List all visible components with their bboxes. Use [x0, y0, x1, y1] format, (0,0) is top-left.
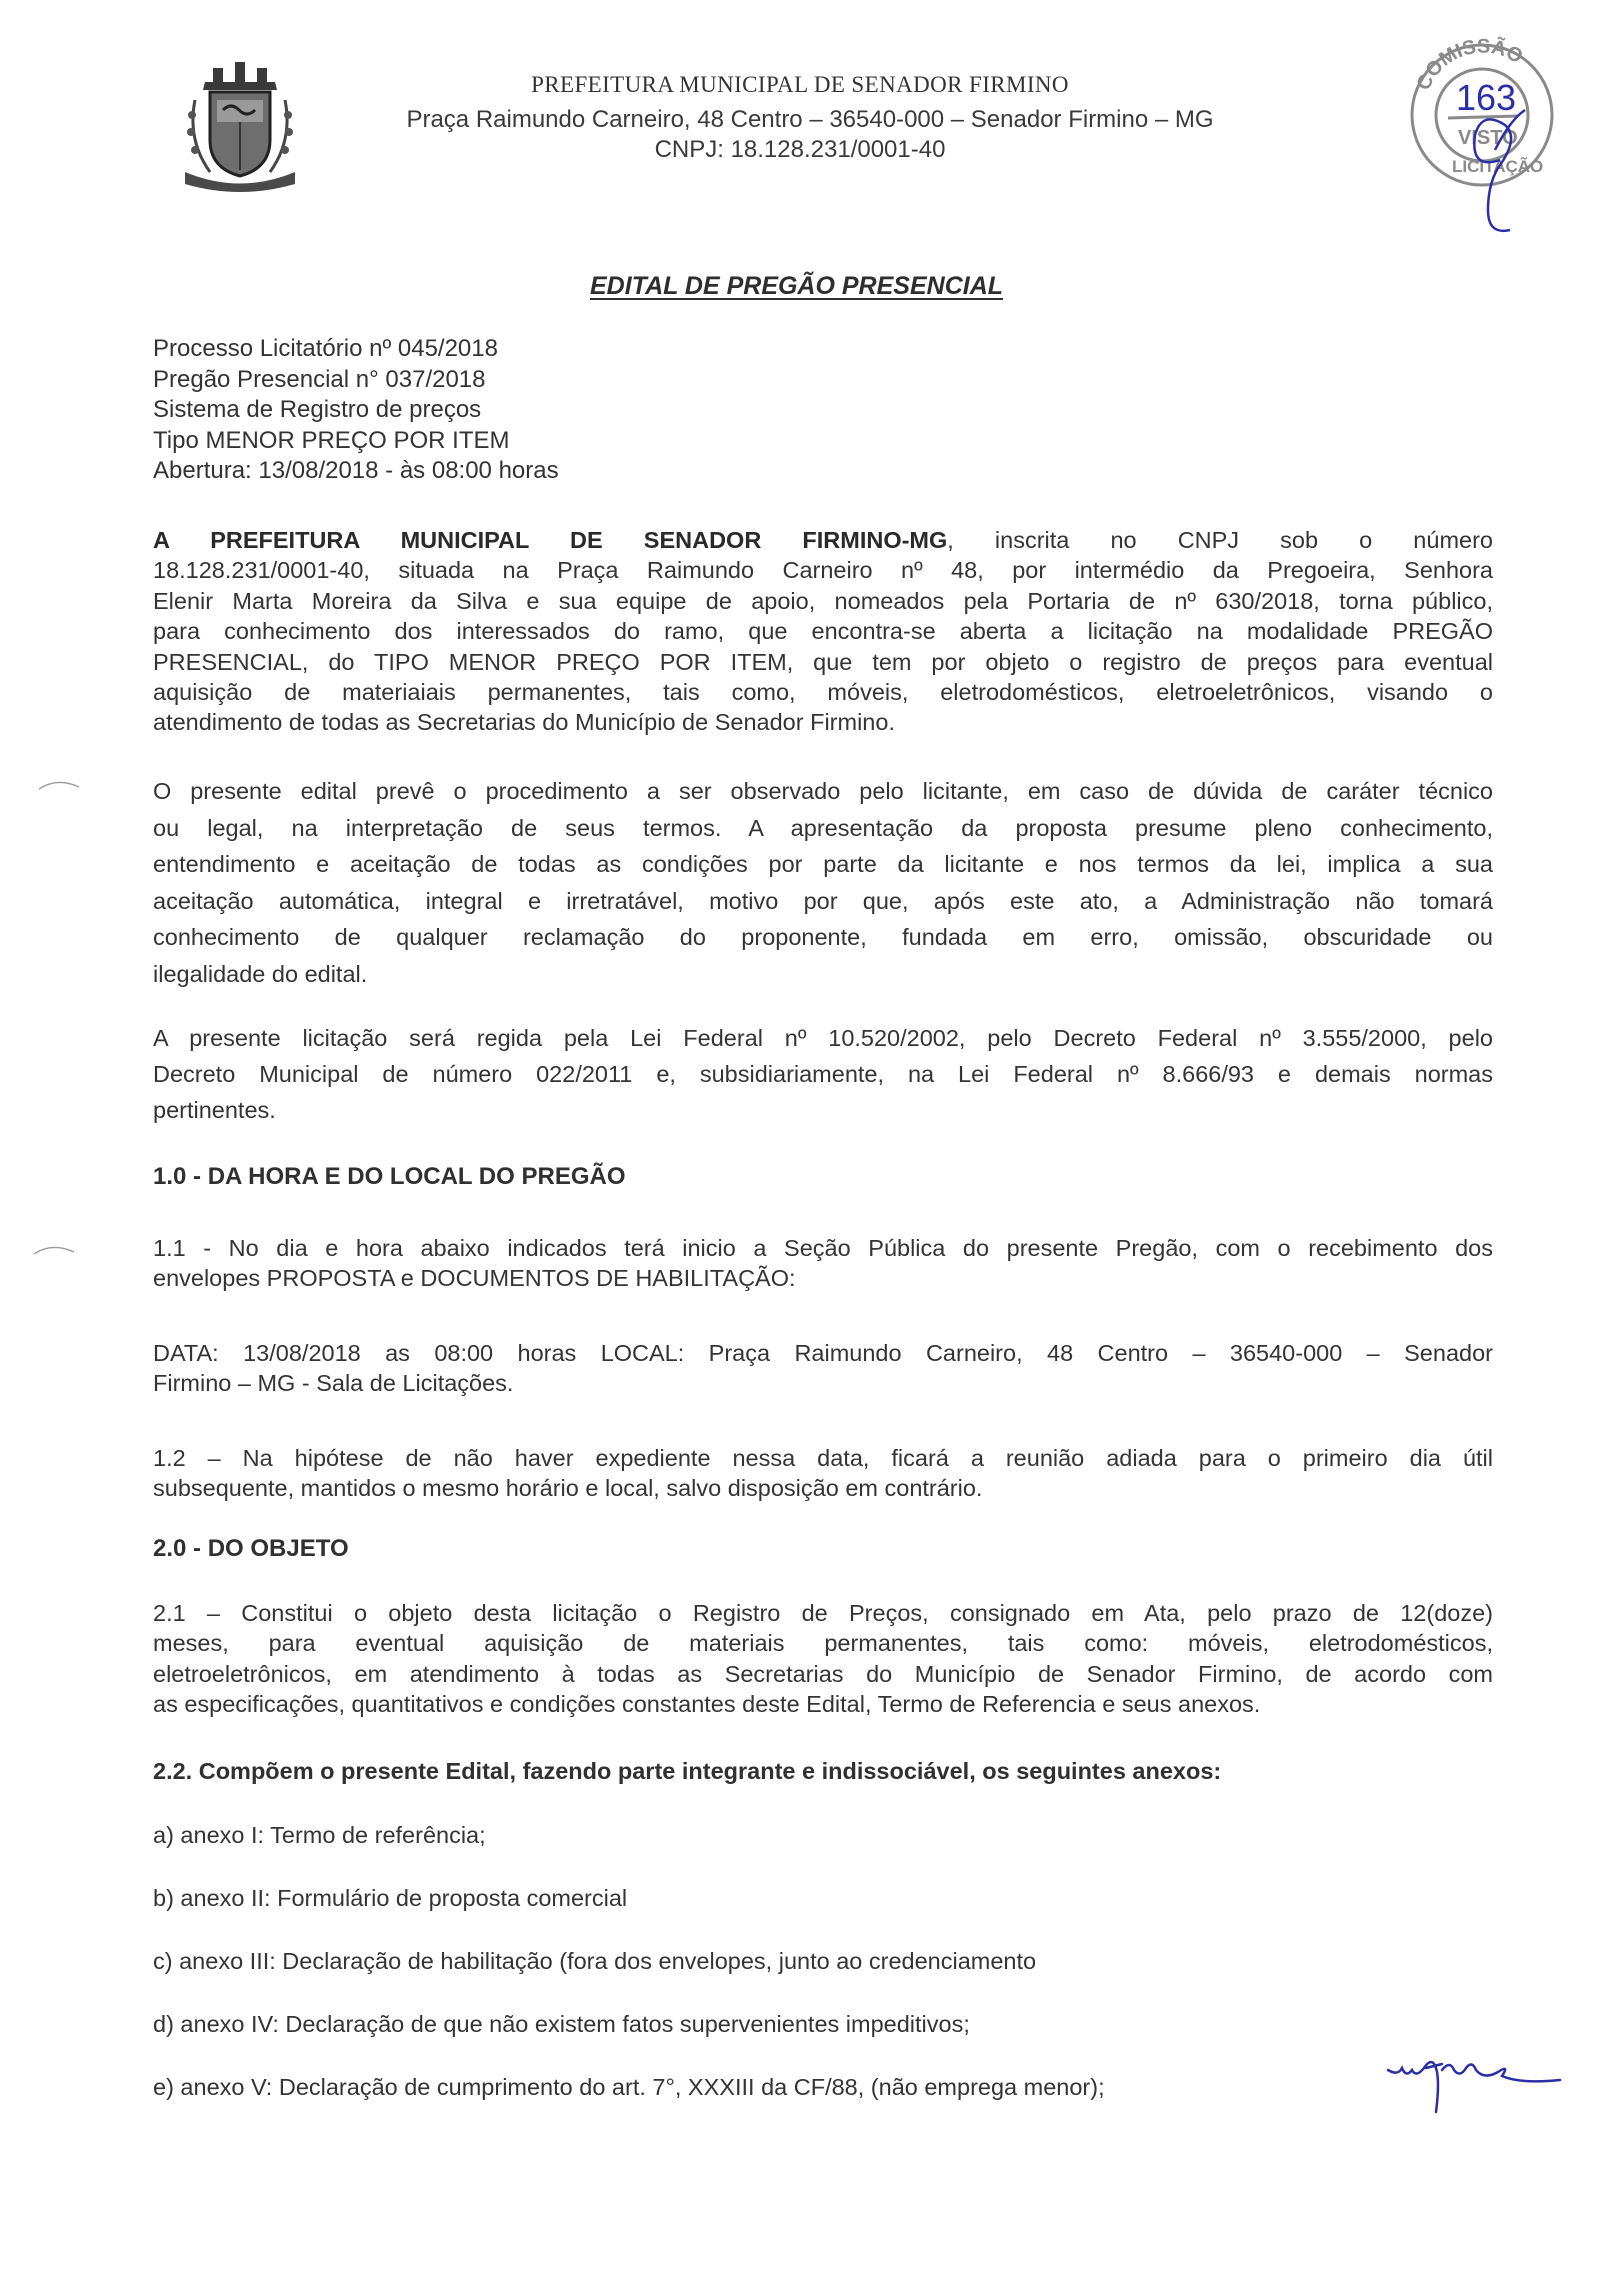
section-2-heading: 2.0 - DO OBJETO: [153, 1535, 349, 1563]
margin-mark-icon: [30, 1240, 80, 1260]
org-cnpj: CNPJ: 18.128.231/0001-40: [0, 136, 1600, 164]
stamp-bottom-text: LICITAÇÃO: [1452, 156, 1543, 176]
annex-item: d) anexo IV: Declaração de que não exist…: [153, 2011, 970, 2038]
section-1-2: 1.2 – Na hipótese de não haver expedient…: [153, 1443, 1493, 1504]
document-page: PREFEITURA MUNICIPAL DE SENADOR FIRMINO …: [0, 0, 1600, 2273]
handwritten-initials-icon: [1380, 2050, 1580, 2130]
section-2-1: 2.1 – Constitui o objeto desta licitação…: [153, 1598, 1493, 1720]
edital-scope-paragraph: O presente edital prevê o procedimento a…: [153, 773, 1493, 992]
intro-bold-lead: A PREFEITURA MUNICIPAL DE SENADOR FIRMIN…: [153, 527, 947, 553]
annex-item: b) anexo II: Formulário de proposta come…: [153, 1885, 627, 1912]
intro-paragraph: A PREFEITURA MUNICIPAL DE SENADOR FIRMIN…: [153, 525, 1493, 738]
bid-type: Tipo MENOR PREÇO POR ITEM: [153, 426, 559, 457]
org-address: Praça Raimundo Carneiro, 48 Centro – 365…: [0, 106, 1600, 134]
pregao-number: Pregão Presencial n° 037/2018: [153, 365, 559, 396]
stamp-page-number: 163: [1456, 77, 1516, 118]
legal-basis-paragraph: A presente licitação será regida pela Le…: [153, 1020, 1493, 1128]
annex-item: e) anexo V: Declaração de cumprimento do…: [153, 2074, 1105, 2101]
annex-item: c) anexo III: Declaração de habilitação …: [153, 1948, 1036, 1975]
org-name: PREFEITURA MUNICIPAL DE SENADOR FIRMINO: [0, 72, 1600, 98]
registration-system: Sistema de Registro de preços: [153, 395, 559, 426]
margin-mark-icon: [35, 775, 85, 795]
annex-item: a) anexo I: Termo de referência;: [153, 1822, 486, 1849]
date-location: DATA: 13/08/2018 as 08:00 horas LOCAL: P…: [153, 1338, 1493, 1399]
document-title: EDITAL DE PREGÃO PRESENCIAL: [590, 272, 1003, 301]
opening-date: Abertura: 13/08/2018 - às 08:00 horas: [153, 456, 559, 487]
section-1-heading: 1.0 - DA HORA E DO LOCAL DO PREGÃO: [153, 1163, 626, 1191]
commission-stamp-icon: COMISSÃO 163 VISTO LICITAÇÃO: [1400, 20, 1560, 250]
process-info: Processo Licitatório nº 045/2018 Pregão …: [153, 334, 559, 487]
section-2-2-heading: 2.2. Compõem o presente Edital, fazendo …: [153, 1758, 1221, 1785]
section-1-1: 1.1 - No dia e hora abaixo indicados ter…: [153, 1233, 1493, 1294]
process-number: Processo Licitatório nº 045/2018: [153, 334, 559, 365]
